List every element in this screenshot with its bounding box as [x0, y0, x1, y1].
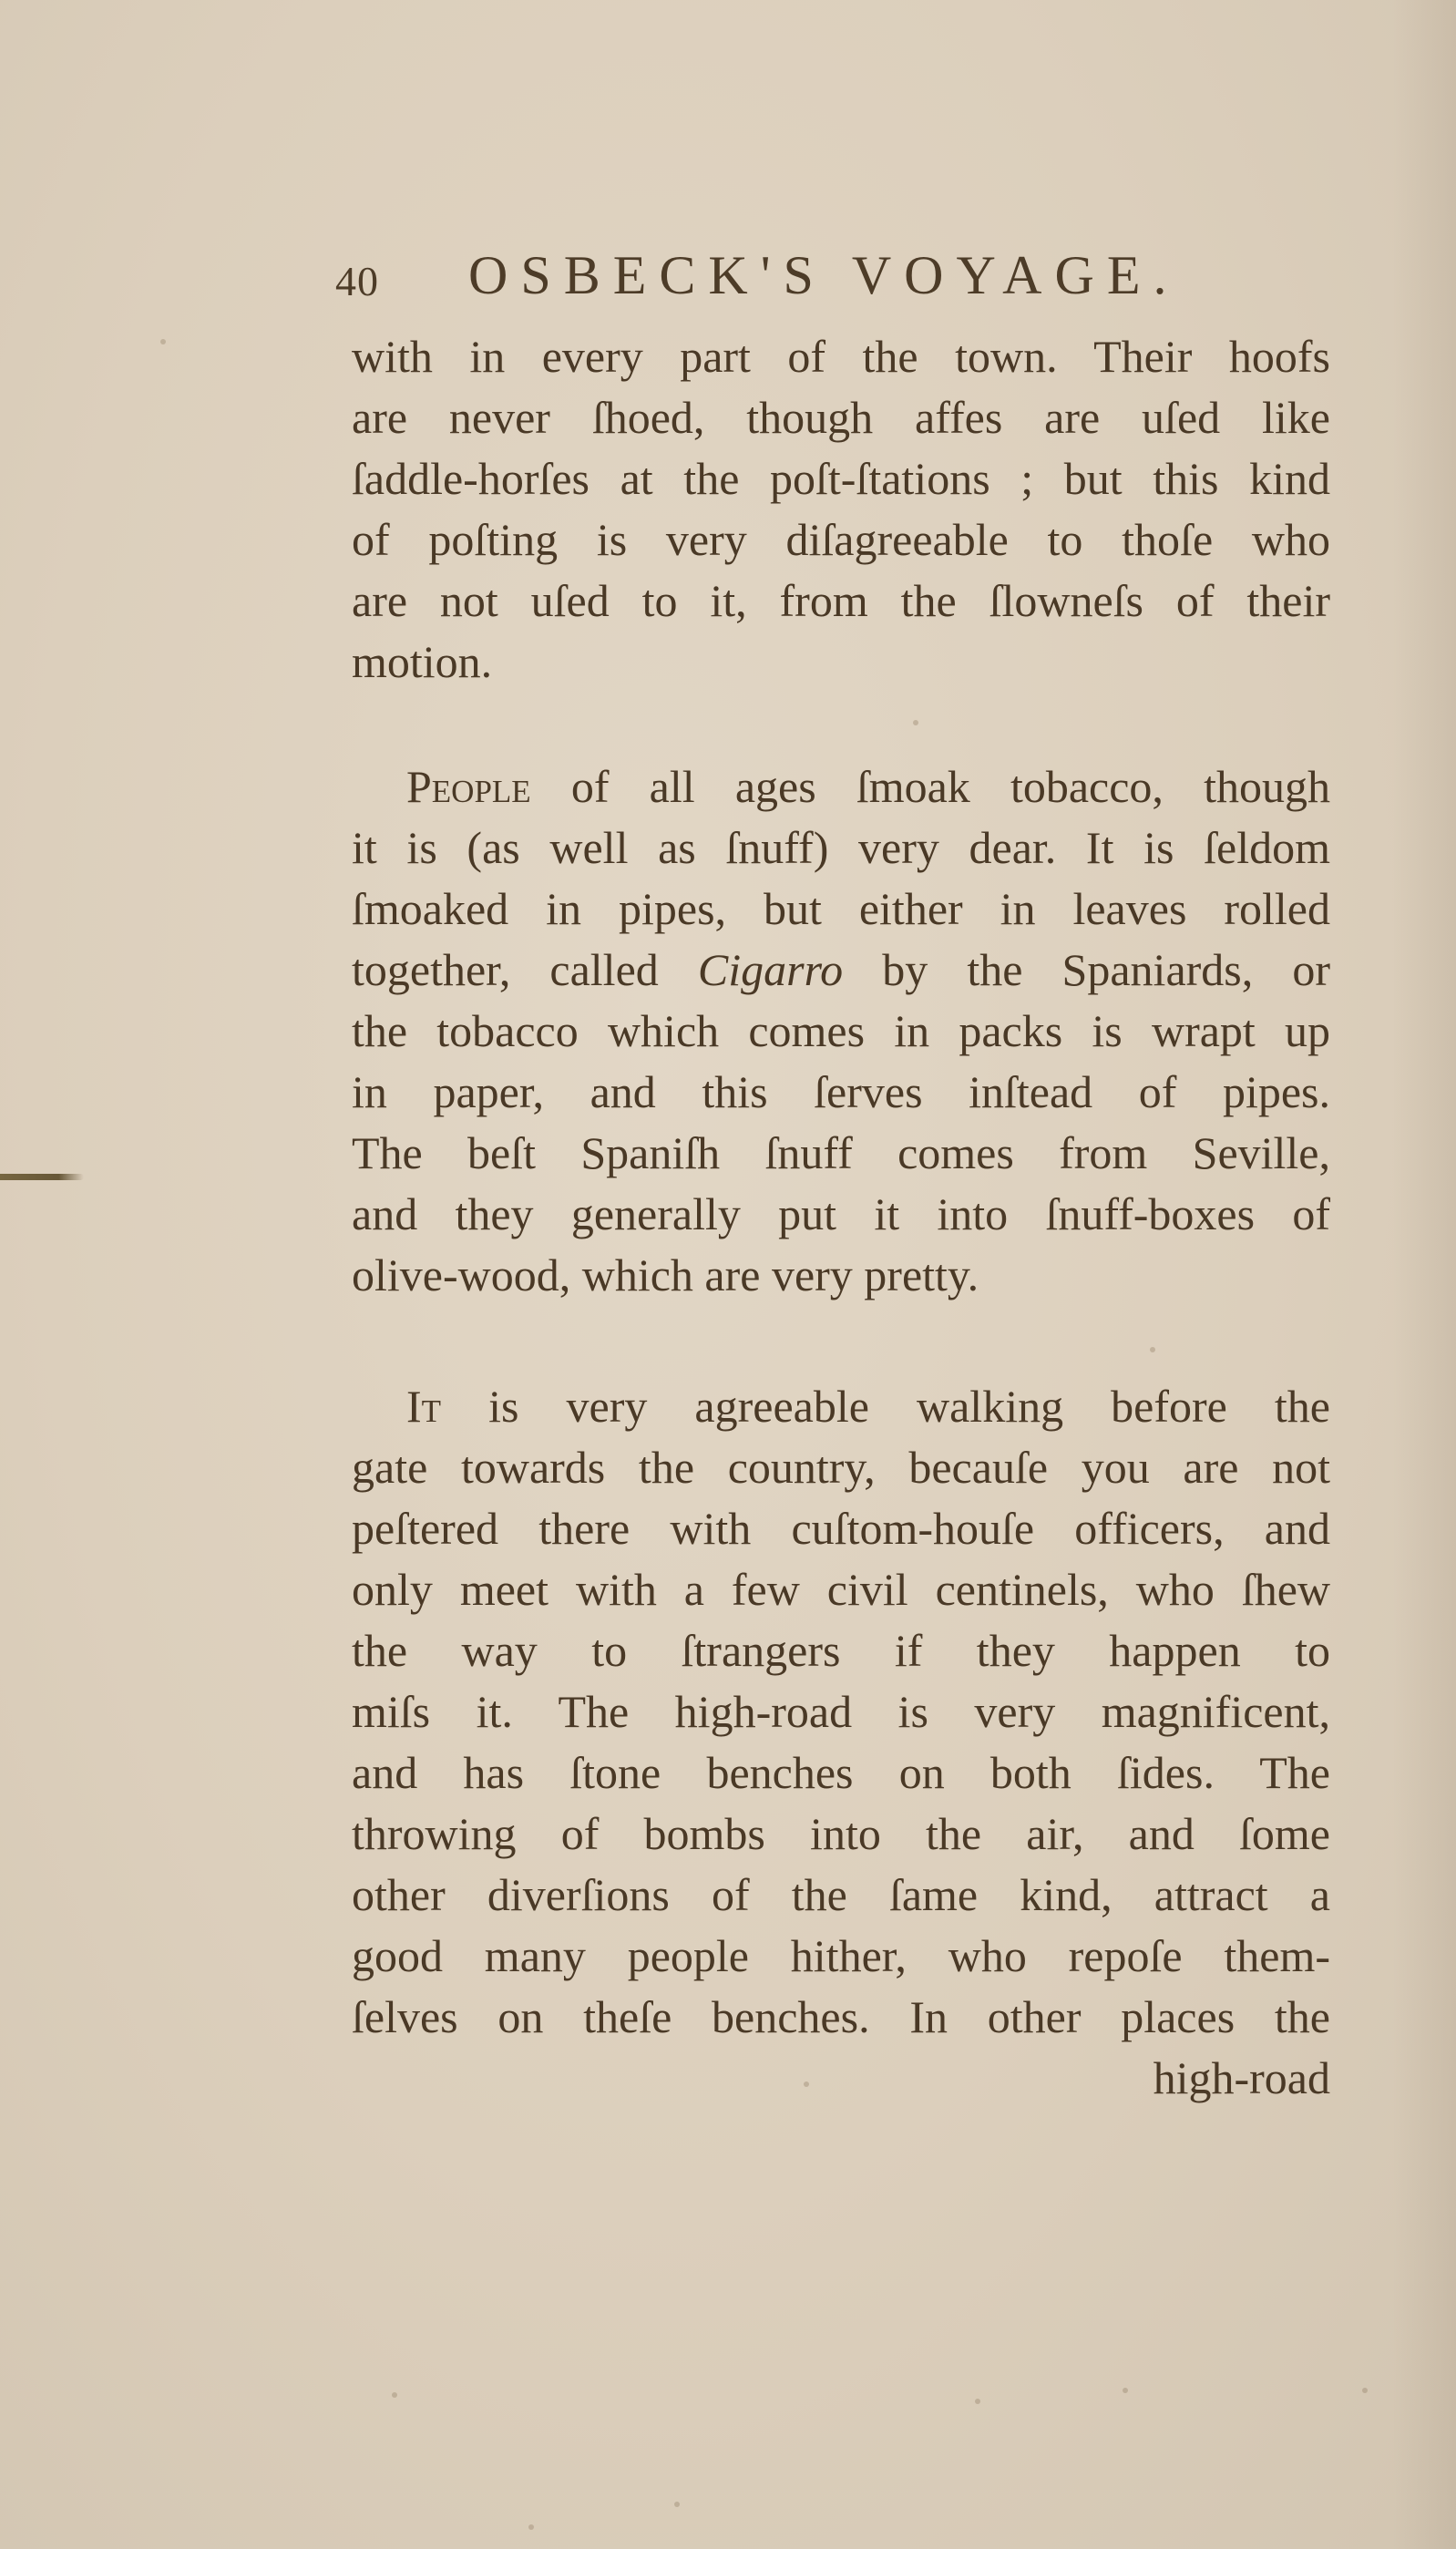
paragraph-3: It is very agreeable walking before the …	[352, 1376, 1330, 2109]
text-fragment: of all ages ſmoak tobacco, though	[531, 761, 1330, 812]
page-number: 40	[335, 257, 379, 305]
text-fragment: by the Spaniards, or	[843, 944, 1330, 995]
text-line: ſmoaked in pipes, but either in leaves r…	[352, 879, 1330, 940]
paragraph-2: People of all ages ſmoak tobacco, though…	[352, 756, 1330, 1306]
text-line: throwing of bombs into the air, and ſome	[352, 1804, 1330, 1865]
text-fragment: is very agreeable walking before the	[441, 1381, 1330, 1432]
text-line: only meet with a few civil centinels, wh…	[352, 1559, 1330, 1620]
text-line: gate towards the country, becauſe you ar…	[352, 1437, 1330, 1498]
text-line: ſelves on theſe benches. In other places…	[352, 1987, 1330, 2048]
text-line: It is very agreeable walking before the	[352, 1376, 1330, 1437]
text-line: good many people hither, who repoſe them…	[352, 1926, 1330, 1987]
binding-mark	[0, 1174, 84, 1180]
text-line: motion.	[352, 632, 1330, 693]
text-line: are never ſhoed, though affes are uſed l…	[352, 387, 1330, 448]
text-line: and they generally put it into ſnuff-box…	[352, 1184, 1330, 1245]
text-line: other diverſions of the ſame kind, attra…	[352, 1865, 1330, 1926]
text-line: with in every part of the town. Their ho…	[352, 326, 1330, 387]
text-line: it is (as well as ſnuff) very dear. It i…	[352, 817, 1330, 879]
text-line: the way to ſtrangers if they happen to	[352, 1620, 1330, 1681]
catchword: high-road	[352, 2048, 1330, 2109]
text-fragment: together, called	[352, 944, 698, 995]
text-line: the tobacco which comes in packs is wrap…	[352, 1001, 1330, 1062]
text-line: are not uſed to it, from the ſlowneſs of…	[352, 570, 1330, 632]
text-line: The beſt Spaniſh ſnuff comes from Sevill…	[352, 1123, 1330, 1184]
paragraph-lead-word: It	[406, 1381, 441, 1432]
text-line: ſaddle-horſes at the poſt-ſtations ; but…	[352, 448, 1330, 509]
text-line: miſs it. The high-road is very magnifice…	[352, 1681, 1330, 1742]
text-line: People of all ages ſmoak tobacco, though	[352, 756, 1330, 817]
text-line: olive-wood, which are very pretty.	[352, 1245, 1330, 1306]
paragraph-1: with in every part of the town. Their ho…	[352, 326, 1330, 693]
text-line: of poſting is very diſagreeable to thoſe…	[352, 509, 1330, 570]
italic-term: Cigarro	[698, 944, 843, 995]
text-line: in paper, and this ſerves inſtead of pip…	[352, 1062, 1330, 1123]
page-edge-shadow	[1392, 0, 1456, 2549]
text-line: peſtered there with cuſtom-houſe officer…	[352, 1498, 1330, 1559]
paragraph-lead-word: People	[406, 761, 531, 812]
text-line: together, called Cigarro by the Spaniard…	[352, 940, 1330, 1001]
running-head: 40 OSBECK'S VOYAGE.	[335, 244, 1356, 308]
running-title: OSBECK'S VOYAGE.	[468, 244, 1179, 307]
text-line: and has ſtone benches on both ſides. The	[352, 1742, 1330, 1804]
